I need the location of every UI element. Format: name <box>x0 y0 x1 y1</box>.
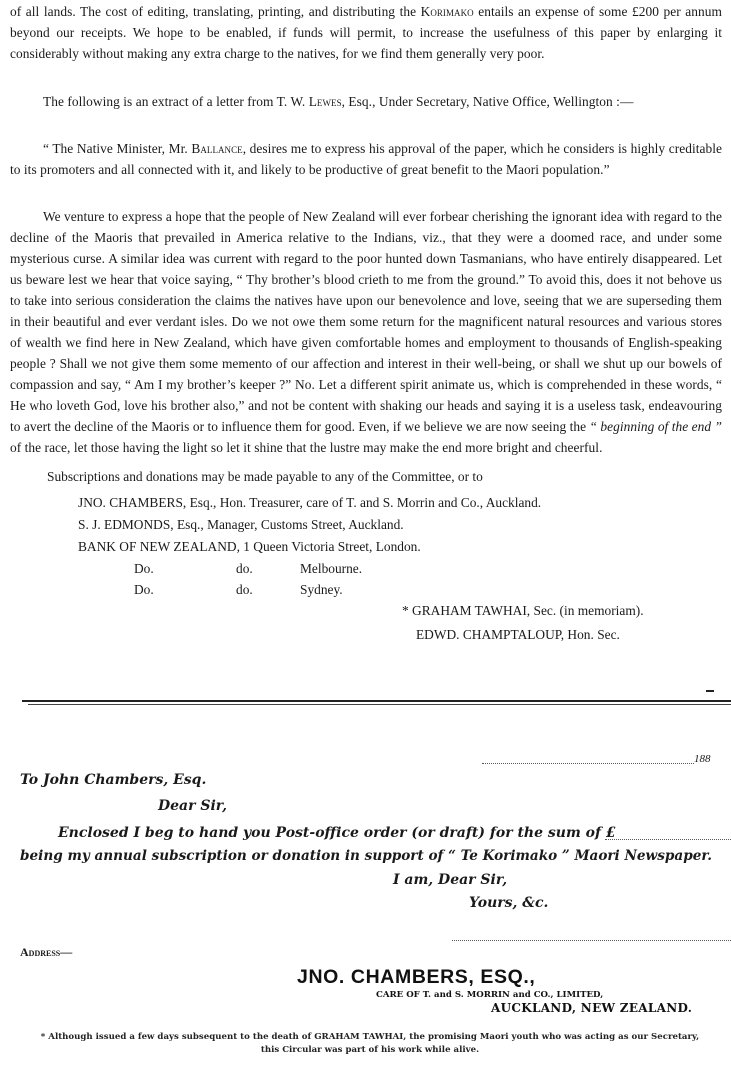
branch-col1: Do. <box>134 579 154 600</box>
branch-col2: do. <box>236 579 253 600</box>
separator-rule <box>22 700 731 702</box>
branch-city: Sydney. <box>300 579 343 600</box>
person-name: Ballance <box>191 141 242 156</box>
body-line-2: being my annual subscription or donation… <box>20 848 712 864</box>
payee-chambers: JNO. CHAMBERS, Esq., Hon. Treasurer, car… <box>78 492 541 513</box>
date-field-line[interactable] <box>482 762 694 764</box>
paragraph-appeal: We venture to express a hope that the pe… <box>10 206 722 458</box>
branch-city: Melbourne. <box>300 558 362 579</box>
document-page: of all lands. The cost of editing, trans… <box>0 0 731 1071</box>
italic-phrase: “ beginning of the end ” <box>590 419 723 434</box>
subscriptions-intro: Subscriptions and donations may be made … <box>47 466 483 487</box>
text: “ The Native Minister, Mr. <box>43 141 191 156</box>
recipient-location: AUCKLAND, NEW ZEALAND. <box>491 1001 692 1015</box>
text: We venture to express a hope that the pe… <box>10 209 722 434</box>
closing-2: Yours, &c. <box>469 895 548 911</box>
greeting: Dear Sir, <box>158 798 227 814</box>
person-name: Lewes <box>309 94 342 109</box>
signature-champtaloup: EDWD. CHAMPTALOUP, Hon. Sec. <box>416 624 620 645</box>
footnote: * Although issued a few days subsequent … <box>20 1031 720 1057</box>
payee-bank: BANK OF NEW ZEALAND, 1 Queen Victoria St… <box>78 536 421 557</box>
signature-field-line[interactable] <box>452 939 731 941</box>
rule-mark <box>706 690 714 692</box>
newspaper-name: Korimako <box>421 4 474 19</box>
separator-rule <box>28 704 731 705</box>
text: , Esq., Under Secretary, Native Office, … <box>342 94 634 109</box>
signature-tawhai: * GRAHAM TAWHAI, Sec. (in memoriam). <box>402 600 644 621</box>
date-year-prefix: 188 <box>694 749 711 770</box>
closing-1: I am, Dear Sir, <box>393 872 507 888</box>
text: of the race, let those having the light … <box>10 440 602 455</box>
body-line-1: Enclosed I beg to hand you Post-office o… <box>58 825 616 841</box>
paragraph-quote: “ The Native Minister, Mr. Ballance, des… <box>10 138 722 180</box>
recipient-care-of: CARE OF T. and S. MORRIN and CO., LIMITE… <box>376 990 603 1000</box>
text: of all lands. The cost of editing, trans… <box>10 4 421 19</box>
paragraph-cost: of all lands. The cost of editing, trans… <box>10 1 722 64</box>
amount-field-line[interactable] <box>605 838 731 840</box>
recipient-name: JNO. CHAMBERS, ESQ., <box>297 966 535 989</box>
address-label: Address— <box>20 942 72 963</box>
text: The following is an extract of a letter … <box>43 94 309 109</box>
branch-col2: do. <box>236 558 253 579</box>
branch-col1: Do. <box>134 558 154 579</box>
footnote-line-2: this Circular was part of his work while… <box>20 1044 720 1057</box>
paragraph-extract-intro: The following is an extract of a letter … <box>10 91 722 112</box>
footnote-line-1: * Although issued a few days subsequent … <box>20 1031 720 1044</box>
payee-edmonds: S. J. EDMONDS, Esq., Manager, Customs St… <box>78 514 404 535</box>
salutation-to: To John Chambers, Esq. <box>20 772 206 788</box>
